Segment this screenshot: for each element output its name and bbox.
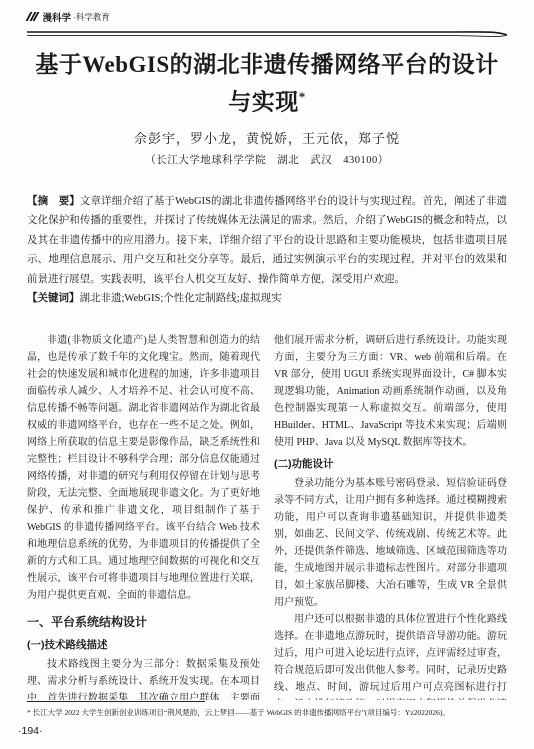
section-heading: 一、平台系统结构设计 [27,613,260,630]
keywords-text: 湖北非遗;WebGIS;个性化定制路线;虚拟现实 [80,293,282,304]
title-asterisk: * [299,89,306,104]
paper-page: 漫科学 ·科学教育 基于WebGIS的湖北非遗传播网络平台的设计与实现* 佘彭宇… [0,0,534,749]
affiliation-line: （长江大学地球科学学院 湖北 武汉 430100） [27,152,507,167]
keywords-label: 【关键词】 [27,292,80,304]
paragraph: 登录功能分为基本账号密码登录、短信验证码登录等不同方式，让用户拥有多种选择。通过… [274,475,507,611]
paragraph: 用户还可以根据非遗的具体位置进行个性化路线选择。在非遗地点游玩时，提供语音导游功… [274,611,507,700]
subsection-heading: (二)功能设计 [274,456,507,471]
body-columns: 非遗(非物质文化遗产)是人类智慧和创造力的结晶，也是传承了数千年的文化瑰宝。然而… [27,332,507,700]
authors-line: 佘彭宇，罗小龙，黄悦娇，王元依，郑子悦 [27,128,507,147]
paragraph: 非遗(非物质文化遗产)是人类智慧和创造力的结晶，也是传承了数千年的文化瑰宝。然而… [27,332,260,604]
page-title: 基于WebGIS的湖北非遗传播网络平台的设计与实现* [32,49,502,119]
abstract-section: 【摘 要】文章详细介绍了基于WebGIS的湖北非遗传播网络平台的设计与实现过程。… [27,192,507,309]
page-number: ·194· [18,725,507,737]
footnote-text: * 长江大学 2022 大学生创新创业训练项目“荆风楚韵，云上梦回——基于 We… [27,707,507,718]
title-text: 基于WebGIS的湖北非遗传播网络平台的设计与实现 [35,52,498,115]
journal-name: 漫科学 [43,10,72,24]
abstract-text: 文章详细介绍了基于WebGIS的湖北非遗传播网络平台的设计与实现过程。首先，阐述… [27,196,507,285]
page-footer: * 长江大学 2022 大学生创新创业训练项目“荆风楚韵，云上梦回——基于 We… [27,701,507,737]
journal-logo-icon [28,12,39,21]
keywords-paragraph: 【关键词】湖北非遗;WebGIS;个性化定制路线;虚拟现实 [27,289,507,309]
paragraph: 技术路线图主要分为三部分：数据采集及预处理、需求分析与系统设计、系统开发实现。在… [27,656,260,700]
journal-section: ·科学教育 [73,11,110,23]
journal-line: 漫科学 ·科学教育 [28,10,507,23]
subsection-heading: (一)技术路线描述 [27,637,260,652]
right-column: 他们展开需求分析，调研后进行系统设计。功能实现方面，主要分为三方面：VR、web… [274,332,507,700]
header-double-rule [27,26,507,36]
abstract-paragraph: 【摘 要】文章详细介绍了基于WebGIS的湖北非遗传播网络平台的设计与实现过程。… [27,192,507,290]
left-column: 非遗(非物质文化遗产)是人类智慧和创造力的结晶，也是传承了数千年的文化瑰宝。然而… [27,332,260,700]
page-header: 漫科学 ·科学教育 [27,10,507,36]
footnote-divider [27,701,205,702]
paragraph: 他们展开需求分析，调研后进行系统设计。功能实现方面，主要分为三方面：VR、web… [274,332,507,451]
abstract-label: 【摘 要】 [27,195,80,207]
